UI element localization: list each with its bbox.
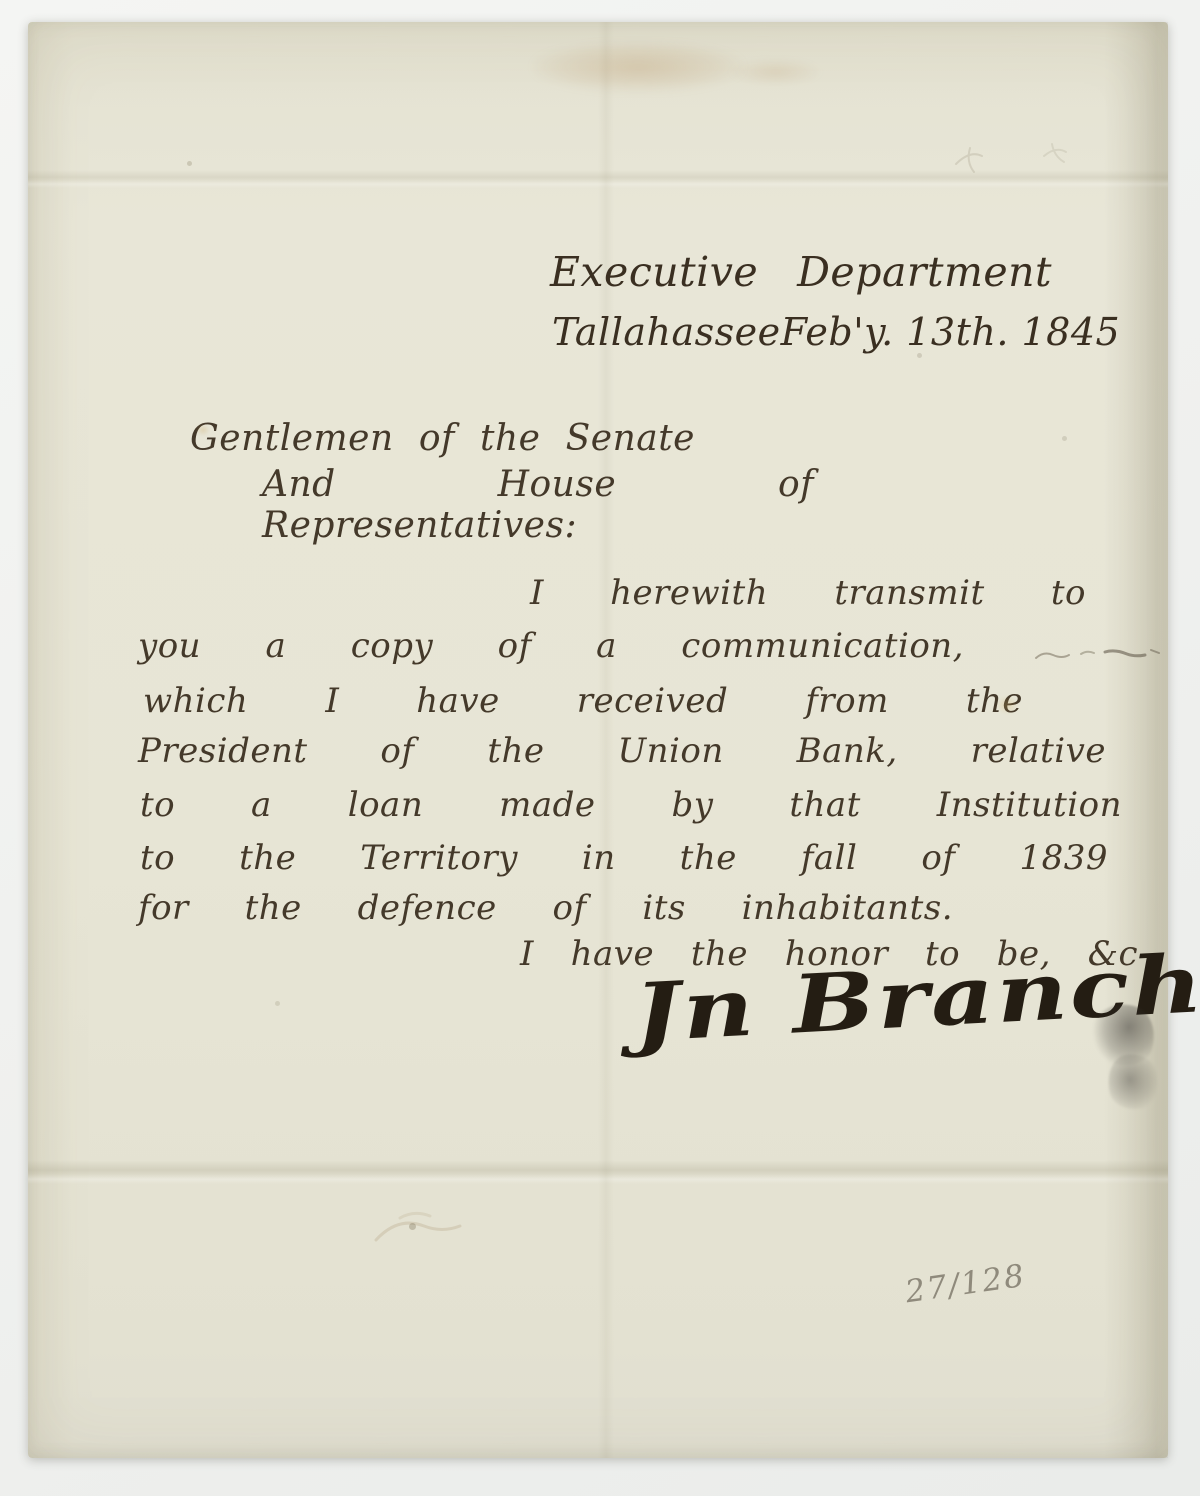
body-line-6: to the Territory in the fall of 1839 [140, 838, 1108, 878]
smudge-mark [370, 1198, 480, 1258]
heading-date-line: Tallahassee Feb'y. 13th. 1845 [552, 310, 1097, 354]
heading-date: Feb'y. 13th. 1845 [781, 310, 1121, 354]
pencil-scribble-mark [1033, 638, 1163, 670]
document-scan: Executive Department Tallahassee Feb'y. … [0, 0, 1200, 1496]
speck-marks [28, 22, 31, 25]
letter-page: Executive Department Tallahassee Feb'y. … [28, 22, 1168, 1458]
ink-bleedthrough-mark [728, 58, 823, 86]
salutation-line-1: Gentlemen of the Senate [190, 418, 695, 459]
salutation-line-2: And House of Representatives: [262, 464, 814, 546]
archival-number-note: 27/128 [903, 1258, 1028, 1310]
body-line-4: President of the Union Bank, relative [138, 731, 1106, 771]
heading-office-line: Executive Department [550, 248, 1052, 296]
body-line-3: which I have received from the [143, 681, 1023, 721]
fold-crease-right [1104, 22, 1168, 1458]
heading-office-word: Executive [550, 248, 758, 296]
pencil-scribble-mark [948, 134, 1088, 182]
stain-mark [996, 696, 1018, 714]
body-line-2: you a copy of a communication, [138, 626, 964, 666]
heading-place: Tallahassee [552, 310, 781, 354]
body-line-7: for the defence of its inhabitants. [138, 888, 953, 928]
body-line-1: I herewith transmit to [530, 573, 1086, 613]
body-line-5: to a loan made by that Institution [140, 785, 1122, 825]
ink-bleedthrough-mark [533, 42, 743, 92]
heading-office-word: Department [797, 248, 1052, 296]
stain-mark [196, 424, 210, 436]
